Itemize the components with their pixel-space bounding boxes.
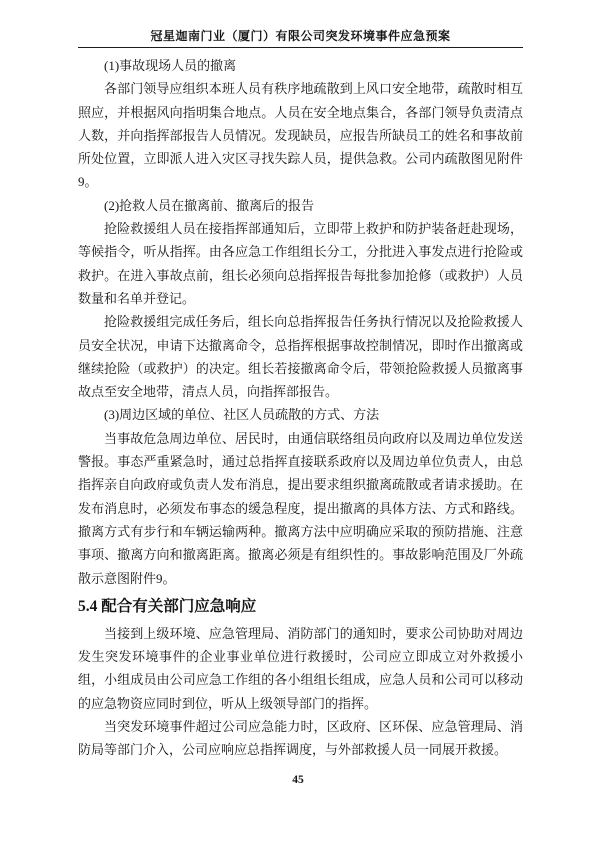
section-heading-5-4: 5.4 配合有关部门应急响应: [78, 595, 523, 619]
paragraph-cooperate-external-rescue: 当接到上级环境、应急管理局、消防部门的通知时，要求公司协助对周边发生突发环境事件…: [78, 622, 523, 715]
paragraph-surrounding-area-evacuation: 当事故危急周边单位、居民时，由通信联络组员向政府以及周边单位发送警报。事态严重紧…: [78, 427, 523, 590]
paragraph-exceed-capacity-response: 当突发环境事件超过公司应急能力时，区政府、区环保、应急管理局、消防局等部门介入，…: [78, 715, 523, 762]
page-number: 45: [0, 774, 596, 786]
paragraph-rescue-team-dispatch: 抢险救援组人员在接指挥部通知后，立即带上救护和防护装备赶赴现场，等候指令，听从指…: [78, 217, 523, 310]
document-body: (1)事故现场人员的撤离 各部门领导应组织本班人员有秩序地疏散到上风口安全地带，…: [78, 54, 523, 762]
document-page: 冠星迦南门业（厦门）有限公司突发环境事件应急预案 (1)事故现场人员的撤离 各部…: [0, 0, 596, 843]
list-item-3-heading: (3)周边区域的单位、社区人员疏散的方式、方法: [78, 403, 523, 426]
page-header-title: 冠星迦南门业（厦门）有限公司突发环境事件应急预案: [78, 27, 523, 48]
paragraph-rescue-team-withdrawal: 抢险救援组完成任务后，组长向总指挥报告任务执行情况以及抢险救援人员安全状况，申请…: [78, 310, 523, 403]
list-item-1-heading: (1)事故现场人员的撤离: [78, 54, 523, 77]
list-item-2-heading: (2)抢救人员在撤离前、撤离后的报告: [78, 194, 523, 217]
paragraph-evacuation-of-site-personnel: 各部门领导应组织本班人员有秩序地疏散到上风口安全地带，疏散时相互照应，并根据风向…: [78, 77, 523, 193]
